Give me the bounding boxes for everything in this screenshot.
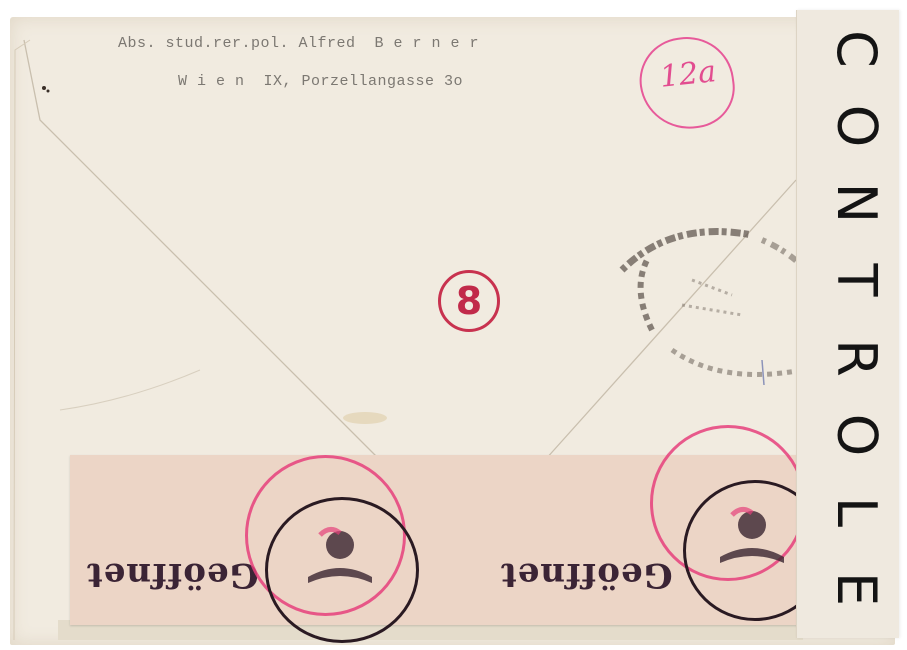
control-tape-label: C O N T R O L E	[798, 14, 898, 624]
opened-label-right: Geöffnet	[500, 555, 673, 595]
control-letter: O	[813, 105, 883, 148]
control-letter: E	[813, 572, 883, 606]
censor-number: 8	[456, 282, 482, 320]
seal-emblem-icon	[300, 515, 380, 595]
control-letter: C	[813, 30, 883, 68]
seal-emblem-icon	[712, 495, 792, 575]
control-letter: L	[813, 497, 883, 527]
control-letter: R	[813, 339, 883, 377]
control-letter: N	[813, 183, 883, 223]
return-address-line-1: Abs. stud.rer.pol. Alfred B e r n e r	[118, 35, 479, 52]
return-address-line-2: W i e n IX, Porzellangasse 3o	[178, 73, 463, 90]
handwritten-mark-text: 12a	[658, 54, 717, 95]
opened-label-left: Geöffnet	[86, 555, 259, 595]
censor-number-stamp: 8	[438, 270, 500, 332]
control-letter: O	[813, 413, 883, 456]
control-letter: T	[813, 264, 883, 297]
